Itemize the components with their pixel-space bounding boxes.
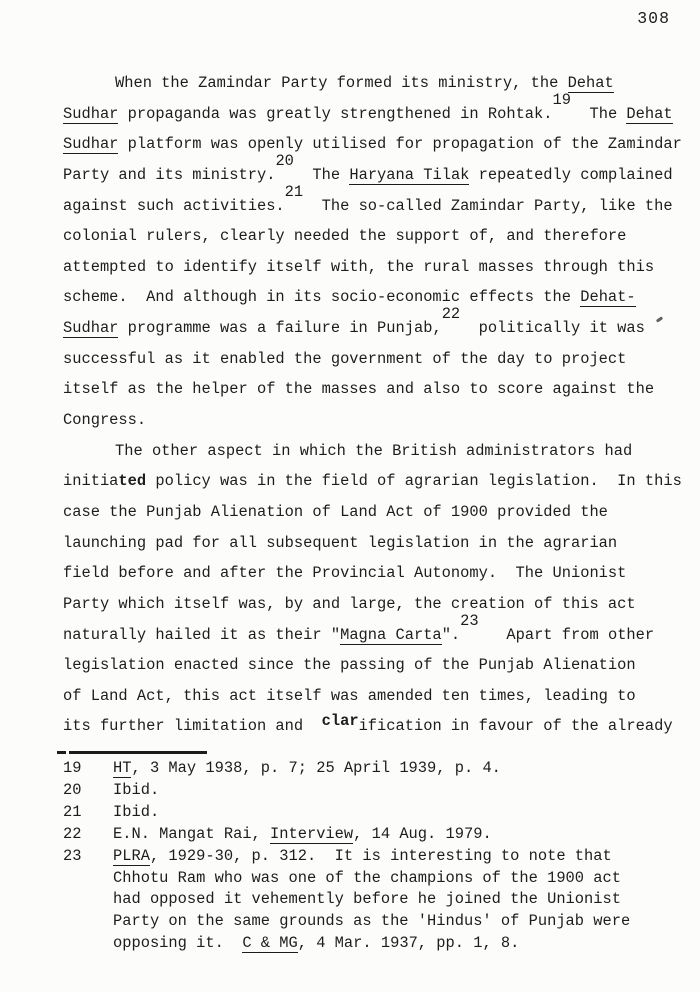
text-segment: , 1929-30, p. 312. It is interesting to … [150, 847, 612, 865]
underlined-text: C & MG [242, 934, 297, 953]
text-segment: The other aspect in which the British ad… [115, 442, 632, 460]
text-segment: Chhotu Ram who was one of the champions … [113, 869, 621, 887]
body-line: legislation enacted since the passing of… [63, 650, 700, 681]
text-segment: successful as it enabled the government … [63, 350, 626, 368]
footnote-line: E.N. Mangat Rai, Interview, 14 Aug. 1979… [113, 824, 700, 846]
body-line: itself as the helper of the masses and a… [63, 374, 700, 405]
body-line: Sudhar programme was a failure in Punjab… [63, 313, 700, 344]
body-line: The other aspect in which the British ad… [63, 436, 700, 467]
footnote-number: 19 [63, 758, 81, 780]
footnote-ref: 23 [460, 612, 478, 630]
text-segment: field before and after the Provincial Au… [63, 564, 626, 582]
body-line: Sudhar platform was openly utilised for … [63, 129, 700, 160]
footnote-line: opposing it. C & MG, 4 Mar. 1937, pp. 1,… [113, 933, 700, 955]
footnote-ref: 20 [275, 152, 293, 170]
body-line: field before and after the Provincial Au… [63, 558, 700, 589]
text-segment: Ibid. [113, 781, 159, 799]
text-segment: repeatedly complained [469, 166, 672, 184]
footnote-number: 22 [63, 824, 81, 846]
body-line: launching pad for all subsequent legisla… [63, 528, 700, 559]
text-segment: , 14 Aug. 1979. [353, 825, 492, 843]
footnotes: 19HT, 3 May 1938, p. 7; 25 April 1939, p… [63, 758, 700, 955]
body-line: initiated policy was in the field of agr… [63, 466, 700, 497]
footnote-line: had opposed it vehemently before he join… [113, 889, 700, 911]
text-segment: When the Zamindar Party formed its minis… [115, 74, 568, 92]
underlined-text: Sudhar [63, 135, 118, 154]
text-segment: The [294, 166, 349, 184]
underlined-text: Dehat- [580, 288, 635, 307]
underlined-text: Sudhar [63, 319, 118, 338]
text-segment: itself as the helper of the masses and a… [63, 380, 654, 398]
footnote-text: E.N. Mangat Rai, Interview, 14 Aug. 1979… [113, 824, 700, 846]
underlined-text: Magna Carta [340, 626, 442, 645]
footnote-ref: 21 [285, 183, 303, 201]
text-segment: scheme. And although in its socio-econom… [63, 288, 580, 306]
text-segment: , 3 May 1938, p. 7; 25 April 1939, p. 4. [131, 759, 500, 777]
footnote-text: PLRA, 1929-30, p. 312. It is interesting… [113, 846, 700, 956]
body-line: naturally hailed it as their "Magna Cart… [63, 620, 700, 651]
text-segment: The [571, 105, 626, 123]
text-segment: colonial rulers, clearly needed the supp… [63, 227, 626, 245]
text-segment: ification in favour of the already [359, 717, 673, 735]
body-line: its further limitation and clarification… [63, 711, 700, 742]
text-segment: of Land Act, this act itself was amended… [63, 687, 636, 705]
text-segment: naturally hailed it as their " [63, 626, 340, 644]
text-segment: politically it was [460, 319, 645, 337]
text-segment: its further limitation and [63, 717, 322, 735]
text-segment: opposing it. [113, 934, 242, 952]
footnote-line: PLRA, 1929-30, p. 312. It is interesting… [113, 846, 700, 868]
footnote-ref: 22 [442, 305, 460, 323]
text-segment: against such activities. [63, 197, 285, 215]
footnote-text: Ibid. [113, 802, 700, 824]
body-line: attempted to identify itself with, the r… [63, 252, 700, 283]
footnote: 20Ibid. [63, 780, 700, 802]
underlined-text: Dehat [568, 74, 614, 93]
text-segment: Party and its ministry. [63, 166, 275, 184]
text-segment: case the Punjab Alienation of Land Act o… [63, 503, 608, 521]
text-segment: attempted to identify itself with, the r… [63, 258, 654, 276]
footnote-line: Ibid. [113, 780, 700, 802]
text-segment: launching pad for all subsequent legisla… [63, 534, 617, 552]
body-line: successful as it enabled the government … [63, 344, 700, 375]
footnote-line: Chhotu Ram who was one of the champions … [113, 868, 700, 890]
body-line: case the Punjab Alienation of Land Act o… [63, 497, 700, 528]
body-line: Party which itself was, by and large, th… [63, 589, 700, 620]
footnote-line: Party on the same grounds as the 'Hindus… [113, 911, 700, 933]
text-segment: Apart from other [479, 626, 654, 644]
footnote: 19HT, 3 May 1938, p. 7; 25 April 1939, p… [63, 758, 700, 780]
body-line: Congress. [63, 405, 700, 436]
raised-correction-text: clar [322, 712, 359, 730]
body-line: Party and its ministry.20 The Haryana Ti… [63, 160, 700, 191]
footnote-number: 20 [63, 780, 81, 802]
text-segment: , 4 Mar. 1937, pp. 1, 8. [298, 934, 520, 952]
footnote: 21Ibid. [63, 802, 700, 824]
body-line: of Land Act, this act itself was amended… [63, 681, 700, 712]
body-line: against such activities.21 The so-called… [63, 191, 700, 222]
underlined-text: Haryana Tilak [349, 166, 469, 185]
text-segment: ". [442, 626, 460, 644]
underlined-text: Sudhar [63, 105, 118, 124]
underlined-text: HT [113, 759, 131, 778]
text-segment: platform was openly utilised for propaga… [118, 135, 681, 153]
body-text: When the Zamindar Party formed its minis… [63, 68, 700, 742]
footnote: 23PLRA, 1929-30, p. 312. It is interesti… [63, 846, 700, 956]
text-segment: propaganda was greatly strengthened in R… [118, 105, 552, 123]
footnote-separator-rule [57, 751, 207, 754]
text-segment: legislation enacted since the passing of… [63, 656, 636, 674]
overtyped-text: ted [118, 472, 146, 490]
footnote-number: 23 [63, 846, 81, 868]
footnote-line: Ibid. [113, 802, 700, 824]
footnote-ref: 19 [553, 91, 571, 109]
text-segment: policy was in the field of agrarian legi… [146, 472, 682, 490]
body-line: When the Zamindar Party formed its minis… [63, 68, 700, 99]
text-segment: programme was a failure in Punjab, [118, 319, 441, 337]
footnote-number: 21 [63, 802, 81, 824]
text-segment: E.N. Mangat Rai, [113, 825, 270, 843]
text-segment: had opposed it vehemently before he join… [113, 890, 621, 908]
scanned-document-page: 308 When the Zamindar Party formed its m… [0, 0, 700, 992]
page-number: 308 [637, 9, 670, 28]
body-line: colonial rulers, clearly needed the supp… [63, 221, 700, 252]
text-segment: The so-called Zamindar Party, like the [303, 197, 672, 215]
underlined-text: Interview [270, 825, 353, 844]
text-segment: initia [63, 472, 118, 490]
footnote-line: HT, 3 May 1938, p. 7; 25 April 1939, p. … [113, 758, 700, 780]
footnote-text: Ibid. [113, 780, 700, 802]
underlined-text: Dehat [626, 105, 672, 124]
text-segment: Congress. [63, 411, 146, 429]
footnote: 22E.N. Mangat Rai, Interview, 14 Aug. 19… [63, 824, 700, 846]
footnote-text: HT, 3 May 1938, p. 7; 25 April 1939, p. … [113, 758, 700, 780]
text-segment: Party which itself was, by and large, th… [63, 595, 636, 613]
text-segment: Ibid. [113, 803, 159, 821]
body-line: scheme. And although in its socio-econom… [63, 282, 700, 313]
body-line: Sudhar propaganda was greatly strengthen… [63, 99, 700, 130]
text-segment: Party on the same grounds as the 'Hindus… [113, 912, 630, 930]
underlined-text: PLRA [113, 847, 150, 866]
